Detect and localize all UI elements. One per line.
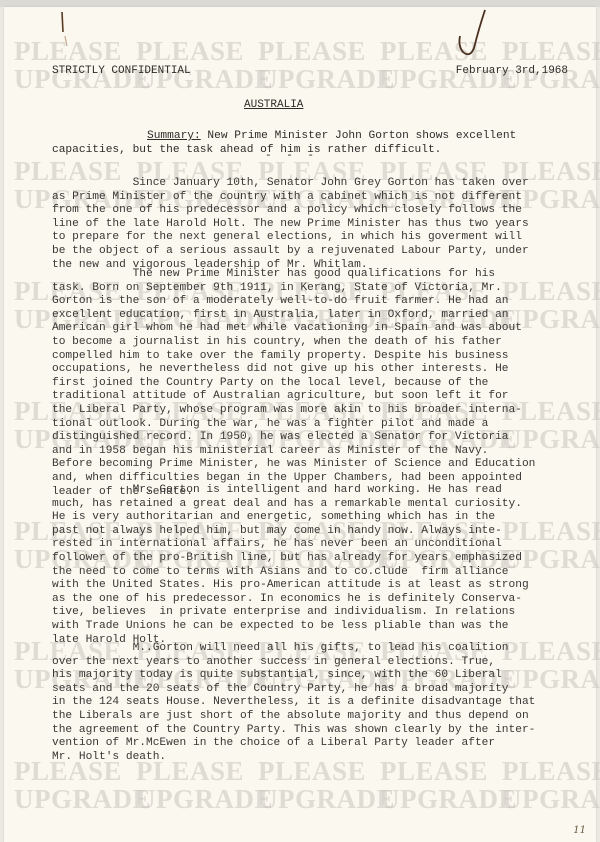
scan-top-edge <box>0 0 600 7</box>
paragraph-line: The new Prime Minister has good qualific… <box>52 268 582 282</box>
paragraph-line: in the 124 seats House. Nevertheless, it… <box>52 696 582 710</box>
paragraph-line: task. Born on September 9th 1911, in Ker… <box>52 282 582 296</box>
paragraph-line: as the one of his predecessor. In econom… <box>52 593 582 607</box>
paragraph-line: occupations, he nevertheless did not giv… <box>52 363 582 377</box>
paragraph-line: Before becoming Prime Minister, he was M… <box>52 458 582 472</box>
paragraph-line: compelled him to take over the family pr… <box>52 350 582 364</box>
paragraph-line: follower of the pro-British line, but ha… <box>52 552 582 566</box>
paragraph-line: seats and the 20 seats of the Country Pa… <box>52 683 582 697</box>
paragraph-line: Mr. Holt's death. <box>52 751 582 765</box>
paragraph-line: to become a journalist in his country, w… <box>52 336 582 350</box>
paragraph-line: Mr. Gorton is intelligent and hard worki… <box>52 484 582 498</box>
document-title: AUSTRALIA <box>244 99 303 111</box>
paragraph-line: excellent education, first in Australia,… <box>52 309 582 323</box>
paragraph-line: first joined the Country Party on the lo… <box>52 377 582 391</box>
paragraph-line: rested in international affairs, he has … <box>52 538 582 552</box>
summary-line-1: New Prime Minister John Gorton shows exc… <box>201 130 517 142</box>
paragraph: Since January 10th, Senator John Grey Go… <box>52 177 582 272</box>
paragraph-line: Since January 10th, Senator John Grey Go… <box>52 177 582 191</box>
section-separator: - - - <box>265 150 318 162</box>
paragraph-line: line of the late Harold Holt. The new Pr… <box>52 218 582 232</box>
handwritten-check-icon <box>452 8 492 58</box>
paragraph-line: with Trade Unions he can be expected to … <box>52 620 582 634</box>
paragraph-line: He is very authoritarian and energetic, … <box>52 511 582 525</box>
paragraph-line: much, has retained a great deal and has … <box>52 498 582 512</box>
page-number: 11 <box>573 825 586 836</box>
paragraph-line: tional outlook. During the war, he was a… <box>52 418 582 432</box>
paragraph-line: the agreement of the Country Party. This… <box>52 724 582 738</box>
paragraph-line: tive, believes in private enterprise and… <box>52 606 582 620</box>
paragraph-line: and in 1958 began his ministerial career… <box>52 445 582 459</box>
paragraph-line: over the next years to another success i… <box>52 656 582 670</box>
classification-label: STRICTLY CONFIDENTIAL <box>52 65 191 77</box>
paragraph-line: past not always helped him, but may come… <box>52 525 582 539</box>
paragraph-line: with the United States. His pro-American… <box>52 579 582 593</box>
paragraph-line: vention of Mr.McEwen in the choice of a … <box>52 737 582 751</box>
paragraph-line: traditional attitude of Australian agric… <box>52 390 582 404</box>
paragraph-line: his majority today is quite substantial,… <box>52 669 582 683</box>
paragraph-line: the Liberal Party, whose program was mor… <box>52 404 582 418</box>
paragraph-line: be the object of a serious assault by a … <box>52 245 582 259</box>
paragraph: M..Gorton will need all his gifts, to le… <box>52 642 582 764</box>
paragraph-line: from the one of his predecessor and a po… <box>52 204 582 218</box>
paragraph-line: M..Gorton will need all his gifts, to le… <box>52 642 582 656</box>
pen-mark-icon <box>58 10 70 48</box>
paragraph-line: Gorton is the son of a moderately well-t… <box>52 295 582 309</box>
paragraph-line: as Prime Minister of the country with a … <box>52 191 582 205</box>
document-date: February 3rd,1968 <box>456 65 568 77</box>
paragraph: The new Prime Minister has good qualific… <box>52 268 582 499</box>
paragraph-line: distinguished record. In 1950, he was el… <box>52 431 582 445</box>
summary-label: Summary: <box>147 130 201 142</box>
paragraph-line: American girl whom he had met while vaca… <box>52 322 582 336</box>
paragraph: Mr. Gorton is intelligent and hard worki… <box>52 484 582 647</box>
paragraph-line: the Liberals are just short of the absol… <box>52 710 582 724</box>
paragraph-line: to prepare for the next general election… <box>52 231 582 245</box>
paragraph-line: the need to come to terms with Asians an… <box>52 566 582 580</box>
